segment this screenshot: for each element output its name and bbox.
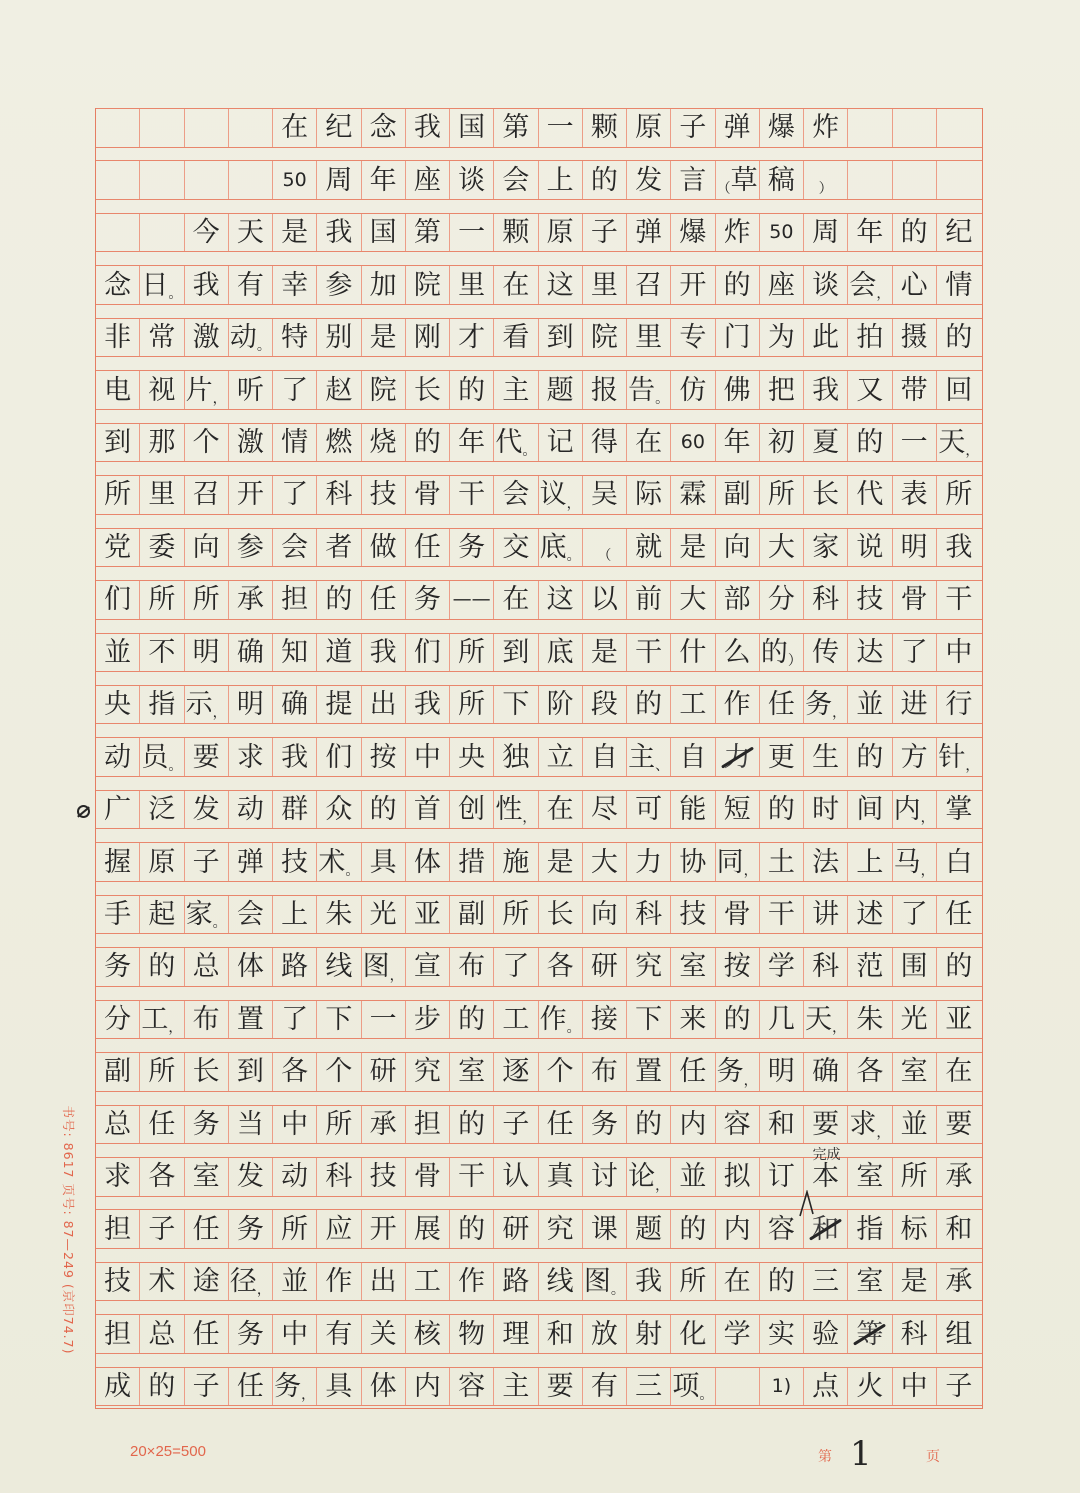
grid-cell: 的: [450, 1106, 494, 1144]
grid-cell: 任: [671, 1053, 715, 1091]
grid-cell: 告。: [627, 371, 671, 409]
grid-cell: 体: [229, 948, 273, 986]
grid-cell: 幸: [273, 266, 317, 304]
grid-cell: 白: [937, 843, 981, 881]
grid-cell: 明: [229, 686, 273, 724]
grid-cell: 弹: [229, 843, 273, 881]
grid-cell: 所: [494, 896, 538, 934]
grid-cell: 常: [140, 319, 184, 357]
grid-cell: 者: [317, 529, 361, 567]
grid-cell: 任: [760, 686, 804, 724]
margin-circle-mark-icon: [77, 805, 90, 818]
grid-cell: 向: [185, 529, 229, 567]
grid-cell: 一: [450, 214, 494, 252]
grid-cell: 发: [185, 791, 229, 829]
grid-cell: 各: [539, 948, 583, 986]
grid-cell: 参: [229, 529, 273, 567]
text-row: 成的子任务，具体内容主要有三项。1)点火中子: [96, 1367, 982, 1407]
grid-cell: 法: [804, 843, 848, 881]
grid-cell: 广: [96, 791, 140, 829]
grid-cell: 和: [937, 1210, 981, 1248]
grid-cell: 所: [185, 581, 229, 619]
grid-cell: 么: [716, 634, 760, 672]
grid-cell: [937, 161, 981, 199]
grid-cell: 动: [96, 738, 140, 776]
grid-cell: 年: [362, 161, 406, 199]
grid-cell: 究: [539, 1210, 583, 1248]
grid-cell: 部: [716, 581, 760, 619]
grid-cell: 干: [760, 896, 804, 934]
grid-cell: 室: [185, 1158, 229, 1196]
grid-cell: 自: [671, 738, 715, 776]
grid-cell: 容: [450, 1368, 494, 1406]
grid-cell: 在: [937, 1053, 981, 1091]
grid-cell: 术。: [317, 843, 361, 881]
grid-cell: 行: [937, 686, 981, 724]
grid-cell: 技: [362, 476, 406, 514]
grid-cell: 述: [848, 896, 892, 934]
grid-cell: 激: [229, 424, 273, 462]
grid-cell: 到: [96, 424, 140, 462]
grid-cell: 按: [716, 948, 760, 986]
grid-cell: 发: [229, 1158, 273, 1196]
grid-cell: 别: [317, 319, 361, 357]
grid-cell: 措: [450, 843, 494, 881]
grid-cell: 炸: [804, 109, 848, 147]
grid-cell: 拟: [716, 1158, 760, 1196]
grid-cell: 底。: [539, 529, 583, 567]
grid-cell: 原: [627, 109, 671, 147]
grid-cell: 出: [362, 686, 406, 724]
grid-cell: 有: [583, 1368, 627, 1406]
grid-cell: 得: [583, 424, 627, 462]
grid-cell: 亚: [406, 896, 450, 934]
grid-cell: 任: [406, 529, 450, 567]
grid-cell: 的: [937, 319, 981, 357]
grid-cell: ——: [450, 581, 494, 619]
grid-cell: 内: [406, 1368, 450, 1406]
grid-cell: 工，: [140, 1001, 184, 1039]
grid-cell: 我: [627, 1263, 671, 1301]
grid-cell: 主: [494, 1368, 538, 1406]
grid-cell: 马，: [893, 843, 937, 881]
grid-cell: 才: [450, 319, 494, 357]
grid-cell: 了: [273, 476, 317, 514]
grid-cell: 讨: [583, 1158, 627, 1196]
grid-cell: 工: [671, 686, 715, 724]
grid-cell: 年: [716, 424, 760, 462]
text-row: 担总任务中有关核物理和放射化学实验等科组: [96, 1314, 982, 1354]
grid-cell: [140, 161, 184, 199]
grid-cell: 副: [716, 476, 760, 514]
grid-cell: 题: [539, 371, 583, 409]
grid-cell: 天，: [937, 424, 981, 462]
grid-cell: 体: [362, 1368, 406, 1406]
grid-cell: 路: [273, 948, 317, 986]
grid-cell: 上: [539, 161, 583, 199]
grid-cell: 中: [273, 1315, 317, 1353]
text-row: 到那个激情燃烧的年代。记得在60年初夏的一天，: [96, 423, 982, 463]
grid-cell: [185, 109, 229, 147]
grid-cell: 的: [716, 266, 760, 304]
grid-cell: 来: [671, 1001, 715, 1039]
grid-cell: 务: [229, 1315, 273, 1353]
grid-cell: 说: [848, 529, 892, 567]
grid-cell: （草: [716, 161, 760, 199]
grid-cell: 天: [229, 214, 273, 252]
grid-cell: 不: [140, 634, 184, 672]
grid-cell: 课: [583, 1210, 627, 1248]
grid-cell: 那: [140, 424, 184, 462]
grid-cell: 炸: [716, 214, 760, 252]
grid-cell: 具: [317, 1368, 361, 1406]
handwritten-insertion: 完成: [813, 1144, 841, 1164]
grid-cell: 子: [185, 1368, 229, 1406]
grid-cell: 针，: [937, 738, 981, 776]
grid-cell: 生: [804, 738, 848, 776]
grid-cell: 科: [804, 581, 848, 619]
grid-cell: 指: [140, 686, 184, 724]
grid-cell: 大: [671, 581, 715, 619]
grid-cell: 子: [671, 109, 715, 147]
grid-cell: 作: [716, 686, 760, 724]
grid-cell: 了: [494, 948, 538, 986]
grid-cell: 长: [406, 371, 450, 409]
grid-cell: 任: [539, 1106, 583, 1144]
text-row: 並不明确知道我们所到底是干什么的）传达了中: [96, 633, 982, 673]
grid-cell: 求: [229, 738, 273, 776]
grid-cell: 会: [494, 476, 538, 514]
grid-cell: 一: [362, 1001, 406, 1039]
grid-cell: 务，: [273, 1368, 317, 1406]
text-row: 广泛发动群众的首创性，在尽可能短的时间内，掌: [96, 790, 982, 830]
grid-cell: 各: [848, 1053, 892, 1091]
grid-cell: 群: [273, 791, 317, 829]
grid-cell: 在: [627, 424, 671, 462]
grid-cell: 回: [937, 371, 981, 409]
grid-cell: 所: [893, 1158, 937, 1196]
text-row: 所里召开了科技骨干会议，吴际霖副所长代表所: [96, 475, 982, 515]
grid-cell: [716, 1368, 760, 1406]
grid-cell: 骨: [406, 1158, 450, 1196]
grid-cell: 什: [671, 634, 715, 672]
grid-cell: 我: [406, 686, 450, 724]
text-row: 分工，布置了下一步的工作。接下来的几天，朱光亚: [96, 1000, 982, 1040]
grid-cell: 传: [804, 634, 848, 672]
grid-cell: 明: [760, 1053, 804, 1091]
grid-cell: 50: [273, 161, 317, 199]
grid-cell: 动。: [229, 319, 273, 357]
grid-cell: 会: [229, 896, 273, 934]
grid-cell: 承: [937, 1263, 981, 1301]
grid-cell: 确: [273, 686, 317, 724]
grid-cell: 个: [317, 1053, 361, 1091]
struck-out-cell: 等: [848, 1315, 892, 1353]
grid-cell: 议，: [539, 476, 583, 514]
grid-cell: 主、: [627, 738, 671, 776]
grid-cell: 下: [317, 1001, 361, 1039]
grid-cell: 在: [494, 266, 538, 304]
grid-capacity-label: 20×25=500: [130, 1443, 206, 1460]
grid-cell: 能: [671, 791, 715, 829]
grid-cell: 逐: [494, 1053, 538, 1091]
grid-cell: 径，: [229, 1263, 273, 1301]
grid-cell: 是: [893, 1263, 937, 1301]
grid-cell: 了: [893, 896, 937, 934]
grid-cell: 总: [185, 948, 229, 986]
grid-cell: 刚: [406, 319, 450, 357]
grid-cell: 知: [273, 634, 317, 672]
grid-cell: 线: [539, 1263, 583, 1301]
grid-cell: 所: [450, 634, 494, 672]
grid-cell: 术: [140, 1263, 184, 1301]
grid-cell: [140, 109, 184, 147]
grid-cell: 线: [317, 948, 361, 986]
grid-cell: 这: [539, 266, 583, 304]
grid-cell: 子: [185, 843, 229, 881]
grid-cell: 技: [671, 896, 715, 934]
grid-cell: 的: [671, 1210, 715, 1248]
grid-cell: 专: [671, 319, 715, 357]
grid-cell: 分: [96, 1001, 140, 1039]
grid-cell: 围: [893, 948, 937, 986]
grid-cell: 心: [893, 266, 937, 304]
grid-cell: [893, 109, 937, 147]
grid-cell: 子: [937, 1368, 981, 1406]
grid-cell: 60: [671, 424, 715, 462]
grid-cell: 务: [229, 1210, 273, 1248]
grid-cell: 担: [96, 1210, 140, 1248]
grid-cell: 表: [893, 476, 937, 514]
grid-cell: 的: [317, 581, 361, 619]
page-label-suffix: 页: [926, 1446, 940, 1466]
grid-cell: 並: [893, 1106, 937, 1144]
grid-cell: 承: [937, 1158, 981, 1196]
grid-cell: 三: [627, 1368, 671, 1406]
grid-cell: 以: [583, 581, 627, 619]
grid-cell: 院: [406, 266, 450, 304]
grid-cell: 座: [760, 266, 804, 304]
grid-cell: 室: [671, 948, 715, 986]
grid-cell: 究: [627, 948, 671, 986]
grid-cell: 又: [848, 371, 892, 409]
grid-cell: [893, 161, 937, 199]
grid-cell: 党: [96, 529, 140, 567]
grid-cell: 激: [185, 319, 229, 357]
grid-cell: 技: [273, 843, 317, 881]
grid-cell: 置: [627, 1053, 671, 1091]
grid-cell: 要: [804, 1106, 848, 1144]
grid-cell: 放: [583, 1315, 627, 1353]
grid-cell: 路: [494, 1263, 538, 1301]
grid-cell: （: [583, 529, 627, 567]
grid-cell: 我: [317, 214, 361, 252]
text-row: 党委向参会者做任务交底。（就是向大家说明我: [96, 528, 982, 568]
grid-cell: 带: [893, 371, 937, 409]
grid-cell: 在: [494, 581, 538, 619]
grid-cell: 原: [539, 214, 583, 252]
grid-cell: 开: [362, 1210, 406, 1248]
grid-cell: 个: [185, 424, 229, 462]
grid-cell: 佛: [716, 371, 760, 409]
grid-cell: 颗: [583, 109, 627, 147]
grid-cell: 在: [716, 1263, 760, 1301]
grid-cell: 的: [627, 686, 671, 724]
grid-cell: 担: [406, 1106, 450, 1144]
grid-cell: 的: [406, 424, 450, 462]
grid-cell: 讲: [804, 896, 848, 934]
grid-cell: 室: [848, 1158, 892, 1196]
grid-cell: 里: [140, 476, 184, 514]
grid-cell: 是: [583, 634, 627, 672]
grid-cell: 土: [760, 843, 804, 881]
grid-cell: 就: [627, 529, 671, 567]
grid-cell: 所: [140, 1053, 184, 1091]
grid-cell: 室: [848, 1263, 892, 1301]
grid-cell: 示，: [185, 686, 229, 724]
grid-cell: 标: [893, 1210, 937, 1248]
grid-cell: 交: [494, 529, 538, 567]
grid-cell: 作: [317, 1263, 361, 1301]
grid-cell: 仿: [671, 371, 715, 409]
grid-cell: 座: [406, 161, 450, 199]
grid-cell: 今: [185, 214, 229, 252]
grid-cell: 当: [229, 1106, 273, 1144]
grid-cell: 可: [627, 791, 671, 829]
grid-cell: 宣: [406, 948, 450, 986]
grid-cell: 们: [317, 738, 361, 776]
grid-cell: 任: [229, 1368, 273, 1406]
grid-cell: 研: [362, 1053, 406, 1091]
grid-cell: 技: [848, 581, 892, 619]
grid-cell: 了: [273, 371, 317, 409]
grid-cell: 务: [406, 581, 450, 619]
grid-cell: 谈: [804, 266, 848, 304]
grid-cell: 的: [450, 371, 494, 409]
grid-cell: 所: [937, 476, 981, 514]
grid-cell: 任: [185, 1315, 229, 1353]
grid-cell: 关: [362, 1315, 406, 1353]
grid-cell: 研: [494, 1210, 538, 1248]
grid-cell: 任: [185, 1210, 229, 1248]
grid-cell: 干: [937, 581, 981, 619]
grid-cell: 下: [494, 686, 538, 724]
grid-cell: 召: [185, 476, 229, 514]
grid-cell: 组: [937, 1315, 981, 1353]
grid-cell: 里: [450, 266, 494, 304]
grid-cell: 谈: [450, 161, 494, 199]
grid-cell: 展: [406, 1210, 450, 1248]
grid-cell: 骨: [893, 581, 937, 619]
grid-cell: 上: [273, 896, 317, 934]
grid-cell: 个: [539, 1053, 583, 1091]
grid-cell: 科: [627, 896, 671, 934]
grid-cell: 任: [937, 896, 981, 934]
grid-cell: 工: [406, 1263, 450, 1301]
grid-cell: 颗: [494, 214, 538, 252]
grid-cell: 並: [273, 1263, 317, 1301]
grid-cell: 和: [539, 1315, 583, 1353]
grid-cell: 会: [494, 161, 538, 199]
grid-cell: 核: [406, 1315, 450, 1353]
grid-cell: 所: [140, 581, 184, 619]
grid-cell: 有: [229, 266, 273, 304]
grid-cell: 起: [140, 896, 184, 934]
grid-cell: 的: [848, 738, 892, 776]
grid-cell: 我: [362, 634, 406, 672]
grid-cell: 国: [450, 109, 494, 147]
grid-cell: 光: [893, 1001, 937, 1039]
grid-cell: 天，: [804, 1001, 848, 1039]
grid-cell: 家。: [185, 896, 229, 934]
grid-cell: 里: [627, 319, 671, 357]
grid-cell: [96, 161, 140, 199]
grid-cell: 的: [627, 1106, 671, 1144]
grid-cell: 容: [716, 1106, 760, 1144]
grid-cell: 念: [362, 109, 406, 147]
grid-cell: 尽: [583, 791, 627, 829]
grid-cell: 性，: [494, 791, 538, 829]
grid-cell: 念: [96, 266, 140, 304]
text-row: 念日。我有幸参加院里在这里召开的座谈会，心情: [96, 265, 982, 305]
grid-cell: 副: [96, 1053, 140, 1091]
grid-cell: 务: [185, 1106, 229, 1144]
grid-cell: 承: [362, 1106, 406, 1144]
grid-cell: 我: [804, 371, 848, 409]
grid-cell: 是: [671, 529, 715, 567]
grid-cell: [96, 214, 140, 252]
grid-cell: 掌: [937, 791, 981, 829]
grid-cell: [848, 161, 892, 199]
grid-cell: 和: [760, 1106, 804, 1144]
grid-cell: 院: [583, 319, 627, 357]
grid-cell: 室: [893, 1053, 937, 1091]
grid-cell: 要: [937, 1106, 981, 1144]
grid-cell: 进: [893, 686, 937, 724]
grid-cell: 火: [848, 1368, 892, 1406]
grid-cell: 工: [494, 1001, 538, 1039]
grid-cell: 中: [406, 738, 450, 776]
grid-cell: [229, 109, 273, 147]
grid-cell: 务: [450, 529, 494, 567]
grid-cell: 研: [583, 948, 627, 986]
grid-cell: 承: [229, 581, 273, 619]
grid-cell: 实: [760, 1315, 804, 1353]
grid-cell: 务: [96, 948, 140, 986]
grid-cell: 理: [494, 1315, 538, 1353]
grid-cell: 的: [893, 214, 937, 252]
grid-cell: 第: [494, 109, 538, 147]
grid-cell: 年: [450, 424, 494, 462]
struck-out-cell: 力: [716, 738, 760, 776]
grid-cell: 参: [317, 266, 361, 304]
grid-cell: 委: [140, 529, 184, 567]
grid-cell: 亚: [937, 1001, 981, 1039]
grid-cell: 的: [362, 791, 406, 829]
grid-cell: 确: [804, 1053, 848, 1091]
grid-cell: 所: [450, 686, 494, 724]
grid-cell: 求: [96, 1158, 140, 1196]
grid-cell: 学: [716, 1315, 760, 1353]
grid-cell: 燃: [317, 424, 361, 462]
grid-cell: 在: [539, 791, 583, 829]
title-row: 50周年座谈会上的发言（草稿）: [96, 160, 982, 200]
grid-cell: 央: [450, 738, 494, 776]
grid-cell: 手: [96, 896, 140, 934]
grid-cell: 立: [539, 738, 583, 776]
insertion-caret-icon: [797, 1190, 817, 1218]
grid-cell: 纪: [937, 214, 981, 252]
